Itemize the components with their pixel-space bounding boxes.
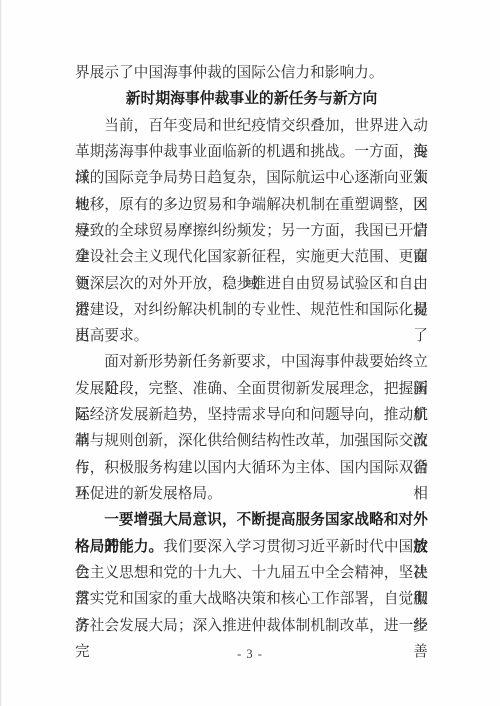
text-line: 运经济发展新趋势，坚持需求导向和问题导向，推动机制改 — [75, 402, 428, 428]
text-line: 落实党和国家的重大战略决策和核心工作部署，自觉服务经 — [75, 586, 428, 612]
bold-text-run: 格局的能力。 — [75, 539, 163, 555]
text-line: 革与规则创新，深化供给侧结构性改革，加强国际交流与合 — [75, 428, 428, 454]
text-line: 济社会发展大局；深入推进仲裁体制机制改革，进一步完善 — [75, 613, 428, 639]
text-line: 导致的全球贸易摩擦纠纷频发；另一方面，我国已开启全面 — [75, 218, 428, 244]
text-block: 界展示了中国海事仲裁的国际公信力和影响力。新时期海事仲裁事业的新任务与新方向当前… — [75, 60, 428, 639]
document-page: 界展示了中国海事仲裁的国际公信力和影响力。新时期海事仲裁事业的新任务与新方向当前… — [0, 0, 500, 706]
text-line: 发展阶段，完整、准确、全面贯彻新发展理念，把握国际航 — [75, 376, 428, 402]
text-run: 互促进的新发展格局。 — [75, 486, 222, 502]
text-run: 界展示了中国海事仲裁的国际公信力和影响力。 — [75, 65, 384, 81]
section-heading: 新时期海事仲裁事业的新任务与新方向 — [75, 86, 428, 112]
text-line: 作，积极服务构建以国内大循环为主体、国内国际双循环相 — [75, 455, 428, 481]
bold-text-run: 新时期海事仲裁事业的新任务与新方向 — [126, 91, 378, 107]
text-line: 革期，海事仲裁事业面临新的机遇和挑战。一方面，海洋领 — [75, 139, 428, 165]
text-line: 会主义思想和党的十九大、十九届五中全会精神，坚决贯彻 — [75, 560, 428, 586]
text-line: 界展示了中国海事仲裁的国际公信力和影响力。 — [75, 60, 428, 86]
text-line: 港建设，对纠纷解决机制的专业性、规范性和国际化提出了 — [75, 297, 428, 323]
text-run: 更高要求。 — [75, 328, 148, 344]
text-line: 转移，原有的多边贸易和争端解决机制在重塑调整，因疫情 — [75, 192, 428, 218]
page-number: - 3 - — [0, 644, 500, 664]
text-line: 当前，百年变局和世纪疫情交织叠加，世界进入动荡变 — [75, 113, 428, 139]
text-line: 域的国际竞争局势日趋复杂，国际航运中心逐渐向亚太地区 — [75, 165, 428, 191]
text-line: 面对新形势新任务新要求，中国海事仲裁要始终立足新 — [75, 349, 428, 375]
text-line: 一要增强大局意识，不断提高服务国家战略和对外开放 — [75, 507, 428, 533]
text-line: 建设社会主义现代化国家新征程，实施更大范围、更宽领域、 — [75, 244, 428, 270]
text-line: 更深层次的对外开放，稳步推进自由贸易试验区和自由贸易 — [75, 271, 428, 297]
text-line: 格局的能力。我们要深入学习贯彻习近平新时代中国特色社 — [75, 534, 428, 560]
